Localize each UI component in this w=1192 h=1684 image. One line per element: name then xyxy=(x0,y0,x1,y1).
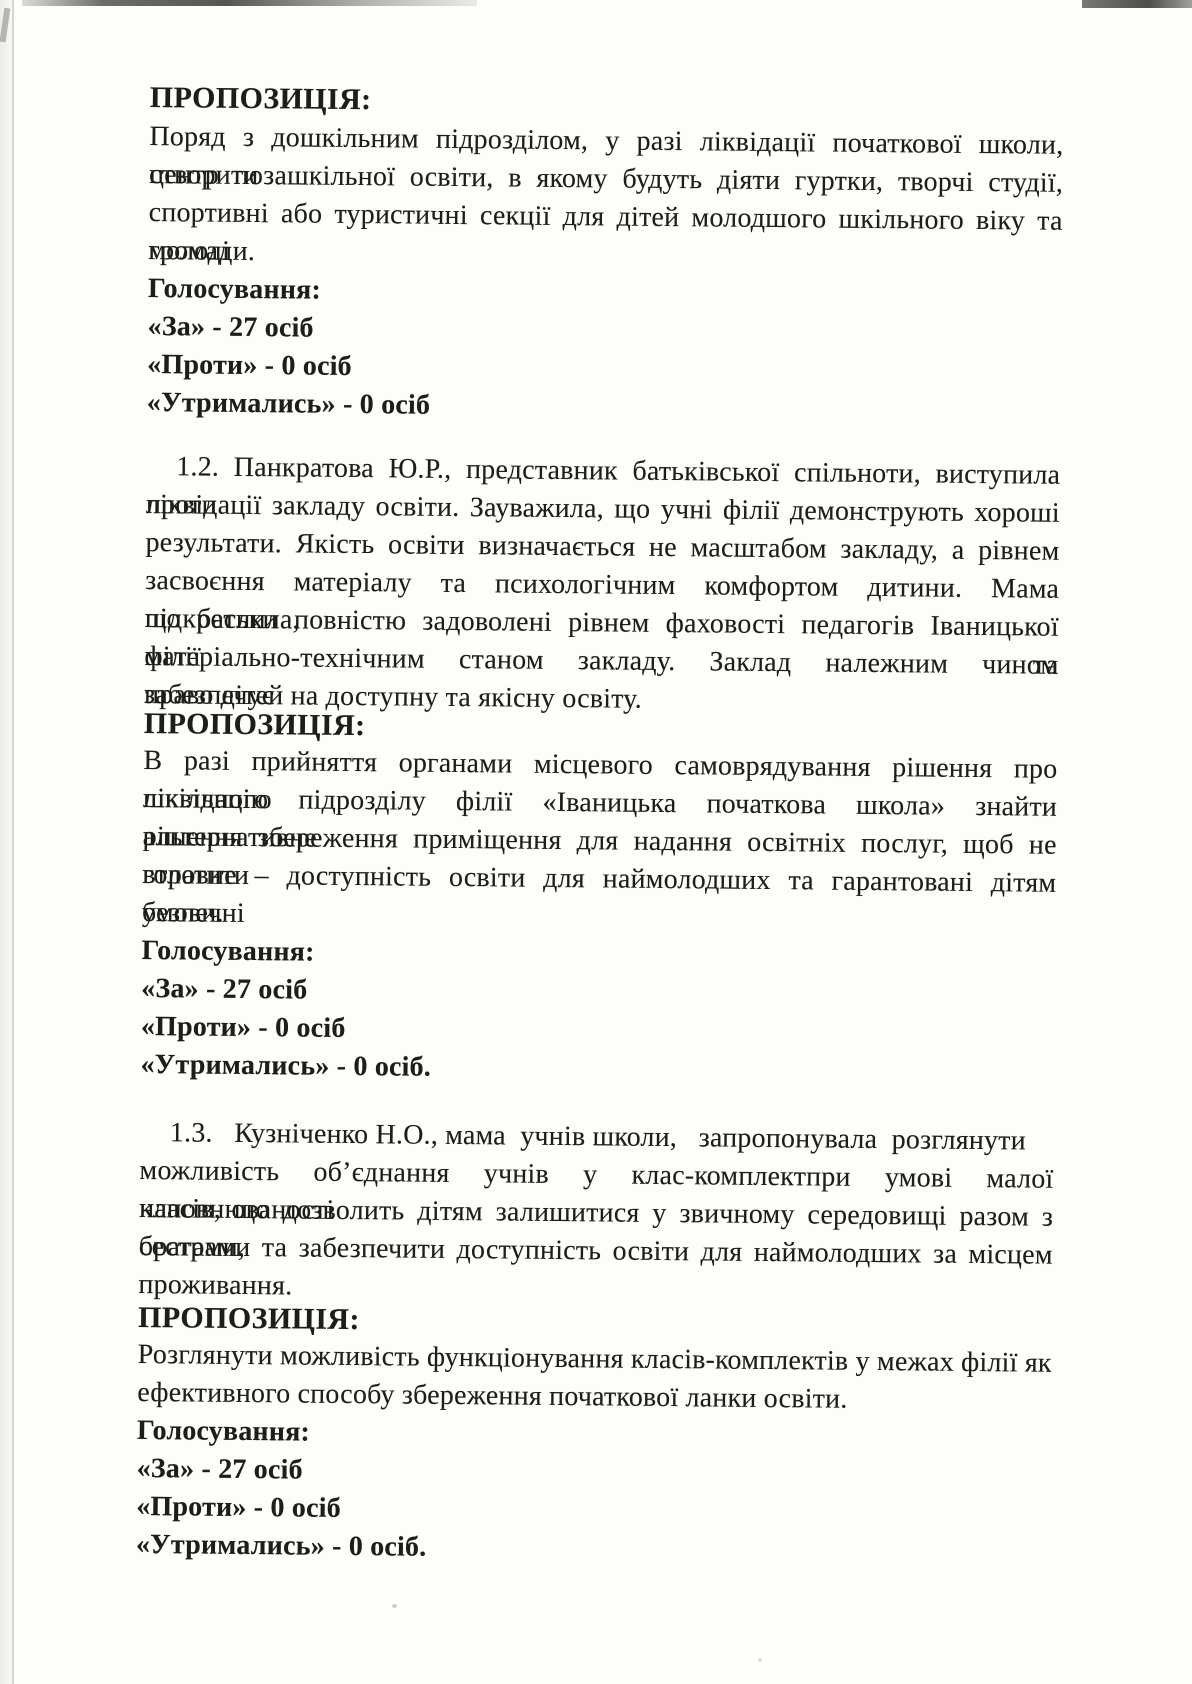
page-left-edge-shadow xyxy=(0,0,12,1684)
document-text-block: ПРОПОЗИЦІЯ: Поряд з дошкільним підрозділ… xyxy=(136,78,1064,1573)
scan-speck xyxy=(392,1604,397,1608)
scanner-strip-top-left xyxy=(22,0,477,6)
scan-speck xyxy=(758,1658,762,1662)
vote-abstain-line-3: «Утримались» - 0 осіб. xyxy=(136,1526,1050,1573)
scanner-strip-top-right xyxy=(1082,0,1192,8)
scanned-document-page: { "document": { "language": "uk", "s1": … xyxy=(0,0,1192,1684)
page-left-edge-line xyxy=(12,0,14,1684)
